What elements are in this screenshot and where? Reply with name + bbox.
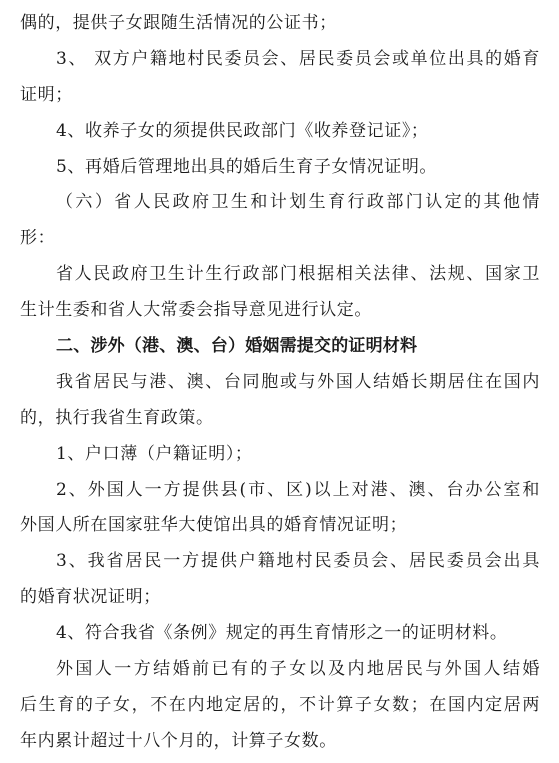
document-page: 偶的，提供子女跟随生活情况的公证书； 3、 双方户籍地村民委员会、居民委员会或单… [20, 6, 540, 760]
text-line: 3、我省居民一方提供户籍地村民委员会、居民委员会出具 [20, 544, 540, 580]
text-line: 5、再婚后管理地出具的婚后生育子女情况证明。 [20, 150, 540, 186]
text-line: 省人民政府卫生计生行政部门根据相关法律、法规、国家卫 [20, 257, 540, 293]
text-line: 年内累计超过十八个月的，计算子女数。 [20, 724, 540, 760]
text-line: 1、户口薄（户籍证明）； [20, 437, 540, 473]
text-line: 形： [20, 221, 540, 257]
text-line: 4、符合我省《条例》规定的再生育情形之一的证明材料。 [20, 616, 540, 652]
text-line: 我省居民与港、澳、台同胞或与外国人结婚长期居住在国内 [20, 365, 540, 401]
text-line: 外国人一方结婚前已有的子女以及内地居民与外国人结婚 [20, 652, 540, 688]
text-line: 偶的，提供子女跟随生活情况的公证书； [20, 6, 540, 42]
text-line: 的婚育状况证明； [20, 580, 540, 616]
text-line: （六）省人民政府卫生和计划生育行政部门认定的其他情 [20, 185, 540, 221]
text-line: 生计生委和省人大常委会指导意见进行认定。 [20, 293, 540, 329]
section-heading: 二、涉外（港、澳、台）婚姻需提交的证明材料 [20, 329, 540, 365]
text-line: 4、收养子女的须提供民政部门《收养登记证》； [20, 114, 540, 150]
text-line: 3、 双方户籍地村民委员会、居民委员会或单位出具的婚育 [20, 42, 540, 78]
text-line: 外国人所在国家驻华大使馆出具的婚育情况证明； [20, 508, 540, 544]
text-line: 2、外国人一方提供县(市、区)以上对港、澳、台办公室和 [20, 473, 540, 509]
text-line: 后生育的子女，不在内地定居的，不计算子女数；在国内定居两 [20, 688, 540, 724]
text-line: 证明； [20, 78, 540, 114]
text-line: 的，执行我省生育政策。 [20, 401, 540, 437]
